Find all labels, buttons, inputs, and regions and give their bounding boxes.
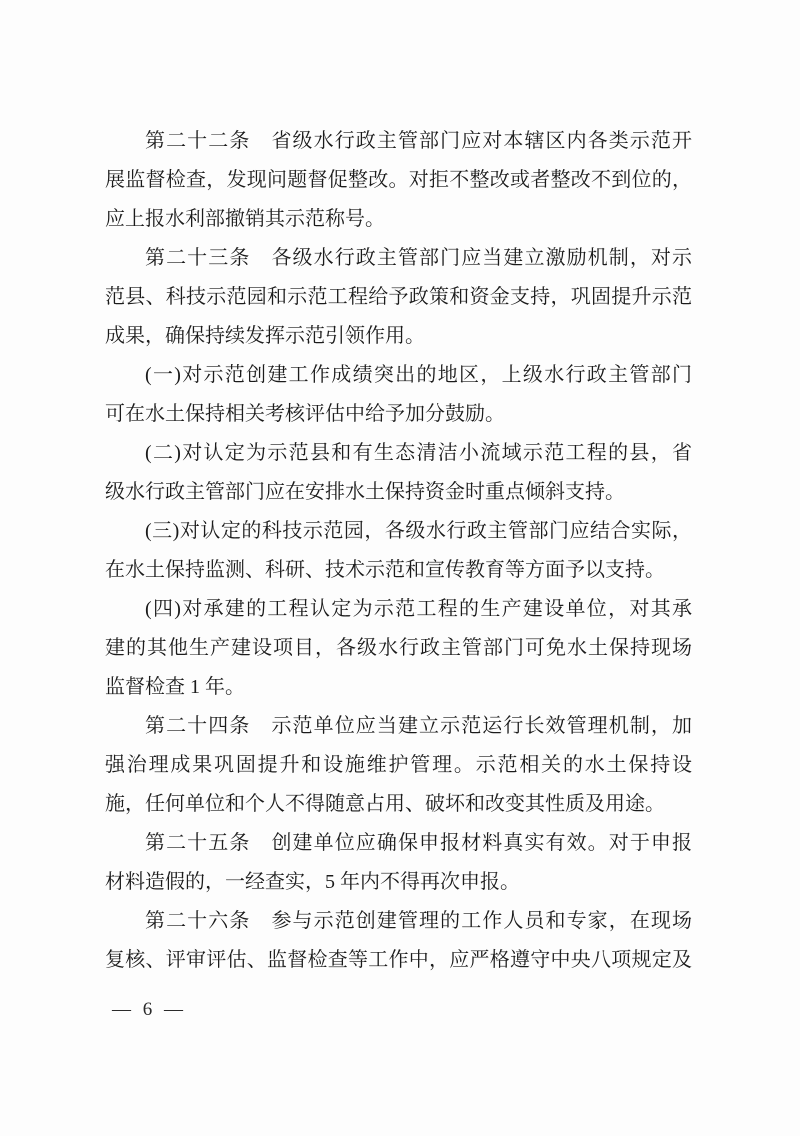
text-line: 范县、科技示范园和示范工程给予政策和资金支持，巩固提升示范: [105, 278, 692, 317]
text-line: 级水行政主管部门应在安排水土保持资金时重点倾斜支持。: [105, 473, 692, 512]
text-line: 材料造假的，一经查实，5 年内不得再次申报。: [105, 863, 692, 902]
paragraph-item-3: (三)对认定的科技示范园，各级水行政主管部门应结合实际， 在水土保持监测、科研、…: [105, 512, 692, 590]
paragraph-article-24: 第二十四条 示范单位应当建立示范运行长效管理机制，加 强治理成果巩固提升和设施维…: [105, 707, 692, 824]
text-line: (四)对承建的工程认定为示范工程的生产建设单位，对其承: [105, 590, 692, 629]
page-footer: — 6 —: [112, 998, 183, 1022]
text-line: 第二十四条 示范单位应当建立示范运行长效管理机制，加: [105, 707, 692, 746]
text-line: 应上报水利部撤销其示范称号。: [105, 200, 692, 239]
text-line: (二)对认定为示范县和有生态清洁小流域示范工程的县，省: [105, 434, 692, 473]
text-line: 可在水土保持相关考核评估中给予加分鼓励。: [105, 395, 692, 434]
paragraph-article-23: 第二十三条 各级水行政主管部门应当建立激励机制，对示 范县、科技示范园和示范工程…: [105, 239, 692, 356]
text-line: (三)对认定的科技示范园，各级水行政主管部门应结合实际，: [105, 512, 692, 551]
text-line: 展监督检查，发现问题督促整改。对拒不整改或者整改不到位的，: [105, 161, 692, 200]
document-page: 第二十二条 省级水行政主管部门应对本辖区内各类示范开 展监督检查，发现问题督促整…: [0, 0, 800, 1136]
text-line: 建的其他生产建设项目，各级水行政主管部门可免水土保持现场: [105, 629, 692, 668]
text-line: 复核、评审评估、监督检查等工作中，应严格遵守中央八项规定及: [105, 941, 692, 980]
paragraph-item-1: (一)对示范创建工作成绩突出的地区，上级水行政主管部门 可在水土保持相关考核评估…: [105, 356, 692, 434]
text-line: 监督检查 1 年。: [105, 668, 692, 707]
document-body: 第二十二条 省级水行政主管部门应对本辖区内各类示范开 展监督检查，发现问题督促整…: [105, 122, 692, 980]
text-line: 第二十三条 各级水行政主管部门应当建立激励机制，对示: [105, 239, 692, 278]
text-line: 第二十六条 参与示范创建管理的工作人员和专家，在现场: [105, 902, 692, 941]
text-line: 第二十五条 创建单位应确保申报材料真实有效。对于申报: [105, 824, 692, 863]
page-number: — 6 —: [112, 999, 183, 1020]
paragraph-article-22: 第二十二条 省级水行政主管部门应对本辖区内各类示范开 展监督检查，发现问题督促整…: [105, 122, 692, 239]
text-line: 第二十二条 省级水行政主管部门应对本辖区内各类示范开: [105, 122, 692, 161]
text-line: 在水土保持监测、科研、技术示范和宣传教育等方面予以支持。: [105, 551, 692, 590]
text-line: 强治理成果巩固提升和设施维护管理。示范相关的水土保持设: [105, 746, 692, 785]
paragraph-item-2: (二)对认定为示范县和有生态清洁小流域示范工程的县，省 级水行政主管部门应在安排…: [105, 434, 692, 512]
text-line: (一)对示范创建工作成绩突出的地区，上级水行政主管部门: [105, 356, 692, 395]
text-line: 成果，确保持续发挥示范引领作用。: [105, 317, 692, 356]
paragraph-article-26: 第二十六条 参与示范创建管理的工作人员和专家，在现场 复核、评审评估、监督检查等…: [105, 902, 692, 980]
paragraph-article-25: 第二十五条 创建单位应确保申报材料真实有效。对于申报 材料造假的，一经查实，5 …: [105, 824, 692, 902]
paragraph-item-4: (四)对承建的工程认定为示范工程的生产建设单位，对其承 建的其他生产建设项目，各…: [105, 590, 692, 707]
text-line: 施，任何单位和个人不得随意占用、破坏和改变其性质及用途。: [105, 785, 692, 824]
